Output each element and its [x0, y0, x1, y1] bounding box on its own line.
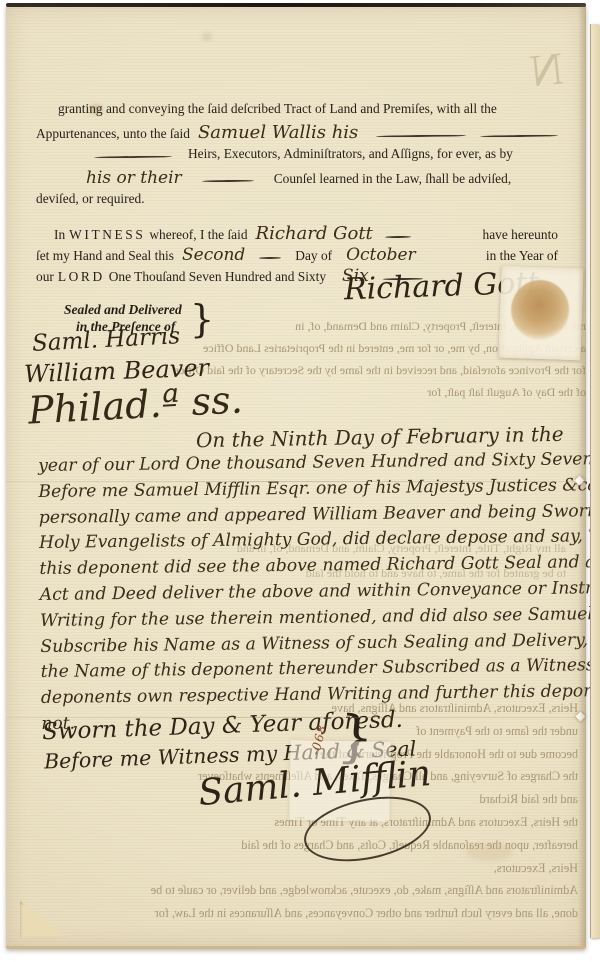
printed-text: granting and conveying the ſaid deſcribe… [58, 101, 497, 117]
bleedthrough-corner-letter: N [527, 41, 566, 97]
fold-crease [6, 717, 586, 718]
printed-text: Counſel learned in the Law, ſhall be adv… [274, 171, 511, 187]
day-handwritten: Second [182, 245, 245, 265]
ink-dash [385, 235, 411, 237]
fold-crease [6, 481, 586, 482]
witness-clause-line2: ſet my Hand and Seal this Second Day of … [36, 245, 558, 265]
printed-text: whereof, I the ſaid [149, 227, 247, 243]
printed-text: in the Year of [486, 248, 558, 264]
attestation-line1: Sealed and Delivered [64, 301, 182, 318]
printed-text: Heirs, Executors, Adminiſtrators, and Aſ… [188, 146, 513, 162]
printed-text: have hereunto [483, 227, 558, 243]
ink-dash [259, 257, 281, 259]
grant-clause-line4: his or their Counſel learned in the Law,… [86, 168, 511, 188]
bleedthrough-line: Adminiſtrators and Aſſigns, make, do, ex… [26, 879, 578, 902]
ink-dash [480, 134, 558, 137]
foxing-stain [466, 843, 512, 861]
printed-text: In [54, 227, 65, 243]
document-page: N my Right, Title, Intereſt, Property, C… [6, 5, 586, 949]
ink-stain [90, 105, 102, 114]
foxing-stain [202, 33, 212, 41]
grant-clause-line2: Appurtenances, unto the ſaid Samuel Wall… [36, 122, 558, 143]
bleedthrough-line: done, all and every ſuch further and oth… [26, 902, 578, 925]
grant-clause-line5: deviſed, or required. [36, 191, 145, 207]
deposition-body: year of our Lord One thousand Seven Hund… [38, 447, 589, 737]
handwritten-insert: his or their [86, 168, 182, 188]
printed-text: ſet my Hand and Seal this [36, 248, 174, 264]
ink-dash [376, 134, 466, 137]
printed-text: Day of [295, 248, 332, 264]
printed-text: deviſed, or required. [36, 191, 145, 207]
second-page-edge [590, 24, 600, 938]
ink-dash [202, 180, 254, 183]
fold-hole [576, 712, 586, 722]
printed-text: LORD [58, 269, 105, 285]
printed-text: our [36, 269, 54, 285]
ink-dash [94, 156, 172, 159]
witness-clause-line1: In WITNESS whereof, I the ſaid Richard G… [54, 223, 558, 244]
printed-text: One Thouſand Seven Hundred and Sixty [109, 269, 326, 285]
grantee-name-handwritten: Samuel Wallis his [198, 122, 358, 143]
month-handwritten: October [346, 245, 416, 265]
printed-text: WITNESS [69, 227, 145, 243]
seal-impression [510, 279, 570, 341]
attestation-brace: } [190, 297, 214, 341]
grant-clause-line3: Heirs, Executors, Adminiſtrators, and Aſ… [94, 146, 513, 162]
grantor-name-handwritten: Richard Gott [256, 223, 373, 244]
grant-clause-line1: granting and conveying the ſaid deſcribe… [58, 101, 497, 117]
wax-seal-patch [498, 266, 583, 361]
printed-text: Appurtenances, unto the ſaid [36, 126, 190, 142]
